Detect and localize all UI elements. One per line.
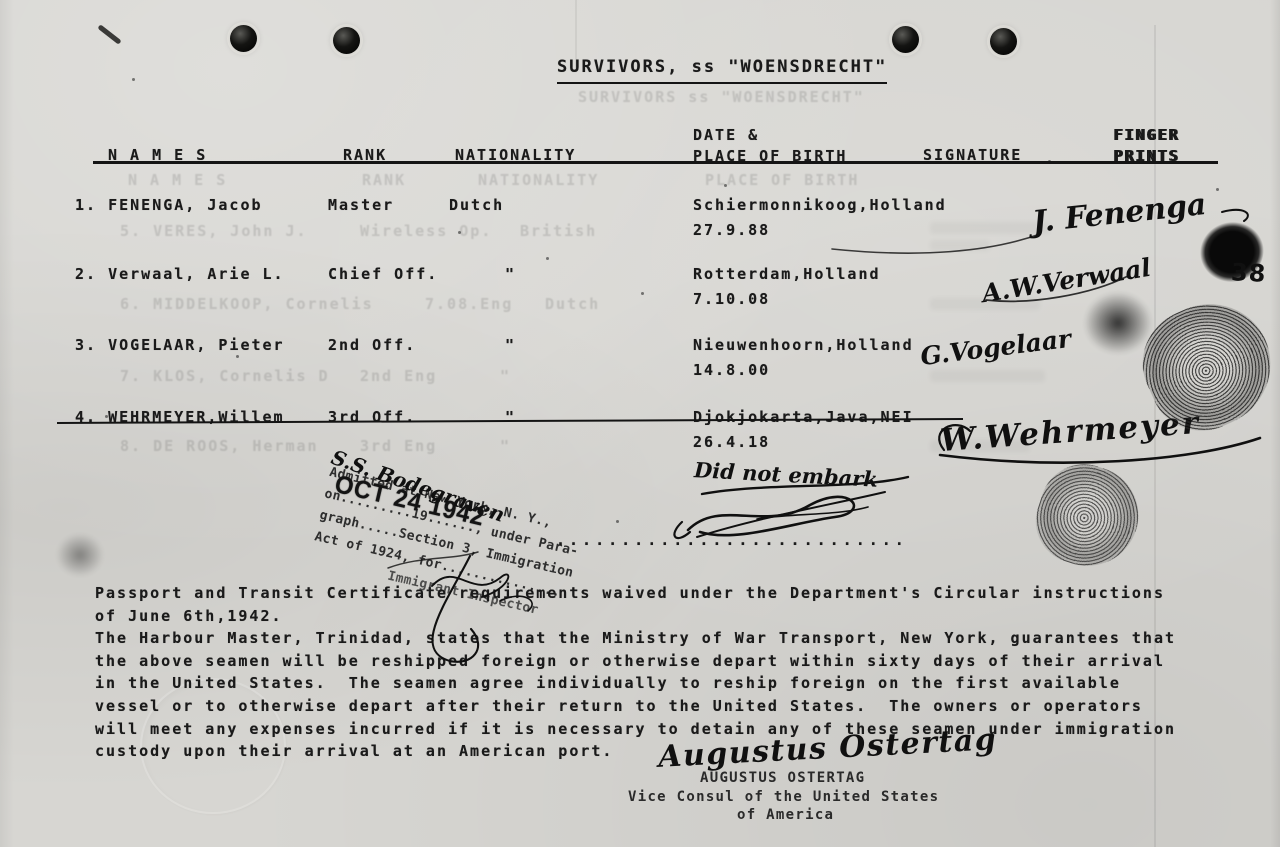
- fingerprint-lower: [1025, 453, 1151, 579]
- ghost-row-name: 6. MIDDELKOOP, Cornelis: [120, 295, 374, 313]
- column-header-date: DATE &: [693, 126, 759, 144]
- row-rank: Master: [328, 196, 394, 214]
- ghost-row-nationality: ": [500, 367, 511, 385]
- paper-speck: [236, 355, 239, 358]
- row-nationality-ditto: ": [505, 336, 516, 354]
- ghost-header-nationality: NATIONALITY: [478, 171, 599, 189]
- row-birthplace: Nieuwenhoorn,Holland: [693, 336, 914, 354]
- row-nationality-ditto: ": [505, 408, 516, 426]
- ghost-row-nationality: British: [520, 222, 597, 240]
- punch-hole: [990, 28, 1017, 55]
- paragraph-line: The Harbour Master, Trinidad, states tha…: [95, 629, 1176, 647]
- paper-speck: [616, 520, 619, 523]
- paper-speck: [546, 257, 549, 260]
- sheet-number: 38: [1230, 260, 1267, 286]
- document-title: SURVIVORS, ss "WOENSDRECHT": [557, 57, 887, 84]
- consul-title-2: of America: [737, 807, 834, 824]
- punch-hole: [230, 25, 257, 52]
- signature-fenenga: J. Fenenga: [1031, 187, 1208, 240]
- ink-streak: [97, 24, 121, 45]
- body-paragraph: Passport and Transit Certificate require…: [95, 584, 1176, 760]
- row-rank: 2nd Off.: [328, 336, 416, 354]
- paragraph-line: will meet any expenses incurred if it is…: [95, 720, 1176, 738]
- paragraph-line: of June 6th,1942.: [95, 607, 1176, 625]
- paragraph-line: vessel or to otherwise depart after thei…: [95, 697, 1176, 715]
- fingerprint-smudge: [1082, 290, 1154, 356]
- row-birthdate: 14.8.00: [693, 361, 770, 379]
- paragraph-line: Passport and Transit Certificate require…: [95, 584, 1176, 602]
- row-birthdate: 7.10.08: [693, 290, 770, 308]
- dotted-separator: ...........................: [556, 531, 908, 549]
- ghost-header-birth: PLACE OF BIRTH: [705, 171, 859, 189]
- row-nationality: Dutch: [449, 196, 504, 214]
- column-header-finger: FINGER: [1113, 126, 1179, 144]
- punch-hole: [333, 27, 360, 54]
- ghost-row-rank: 3rd Eng: [360, 437, 437, 455]
- row-birthdate: 27.9.88: [693, 221, 770, 239]
- ghost-row-name: 5. VERES, John J.: [120, 222, 308, 240]
- edge-smudge: [55, 532, 105, 578]
- ghost-row-nationality: Dutch: [545, 295, 600, 313]
- row-rank: Chief Off.: [328, 265, 438, 283]
- paper-speck: [132, 78, 135, 81]
- did-not-embark-note: Did not embark: [693, 457, 878, 492]
- ghost-title: SURVIVORS ss "WOENSDRECHT": [578, 88, 865, 106]
- consul-title: Vice Consul of the United States: [628, 789, 939, 806]
- row-birthplace: Rotterdam,Holland: [693, 265, 881, 283]
- row-birthdate: 26.4.18: [693, 433, 770, 451]
- ghost-row-rank: Wireless Op.: [360, 222, 492, 240]
- document-page: SURVIVORS ss "WOENSDRECHT" N A M E S RAN…: [0, 0, 1280, 847]
- signature-vogelaar: G.Vogelaar: [919, 324, 1073, 371]
- ghost-smear: [930, 240, 990, 251]
- paragraph-line: in the United States. The seamen agree i…: [95, 674, 1176, 692]
- ghost-row-rank: 7.08.Eng: [425, 295, 513, 313]
- ghost-row-name: 8. DE ROOS, Herman: [120, 437, 319, 455]
- punch-hole: [892, 26, 919, 53]
- row-birthplace: Schiermonnikoog,Holland: [693, 196, 947, 214]
- row-name: 2. Verwaal, Arie L.: [75, 265, 285, 283]
- ghost-row-name: 7. KLOS, Cornelis D: [120, 367, 330, 385]
- ghost-header-names: N A M E S: [128, 171, 227, 189]
- paragraph-line: the above seamen will be reshipped forei…: [95, 652, 1176, 670]
- row-name: 3. VOGELAAR, Pieter: [75, 336, 285, 354]
- paper-speck: [1216, 188, 1219, 191]
- consul-name: AUGUSTUS OSTERTAG: [700, 770, 865, 787]
- row-nationality-ditto: ": [505, 265, 516, 283]
- row-birthplace: Djokjokarta,Java,NEI: [693, 408, 914, 426]
- ghost-row-nationality: ": [500, 437, 511, 455]
- paragraph-line: custody upon their arrival at an America…: [95, 742, 1176, 760]
- ghost-row-rank: 2nd Eng: [360, 367, 437, 385]
- row-rank: 3rd Off.: [328, 408, 416, 426]
- row-name: 1. FENENGA, Jacob: [75, 196, 263, 214]
- paper-speck: [641, 292, 644, 295]
- header-rule: [93, 161, 1218, 164]
- ghost-header-rank: RANK: [362, 171, 406, 189]
- ghost-smear: [930, 370, 1045, 382]
